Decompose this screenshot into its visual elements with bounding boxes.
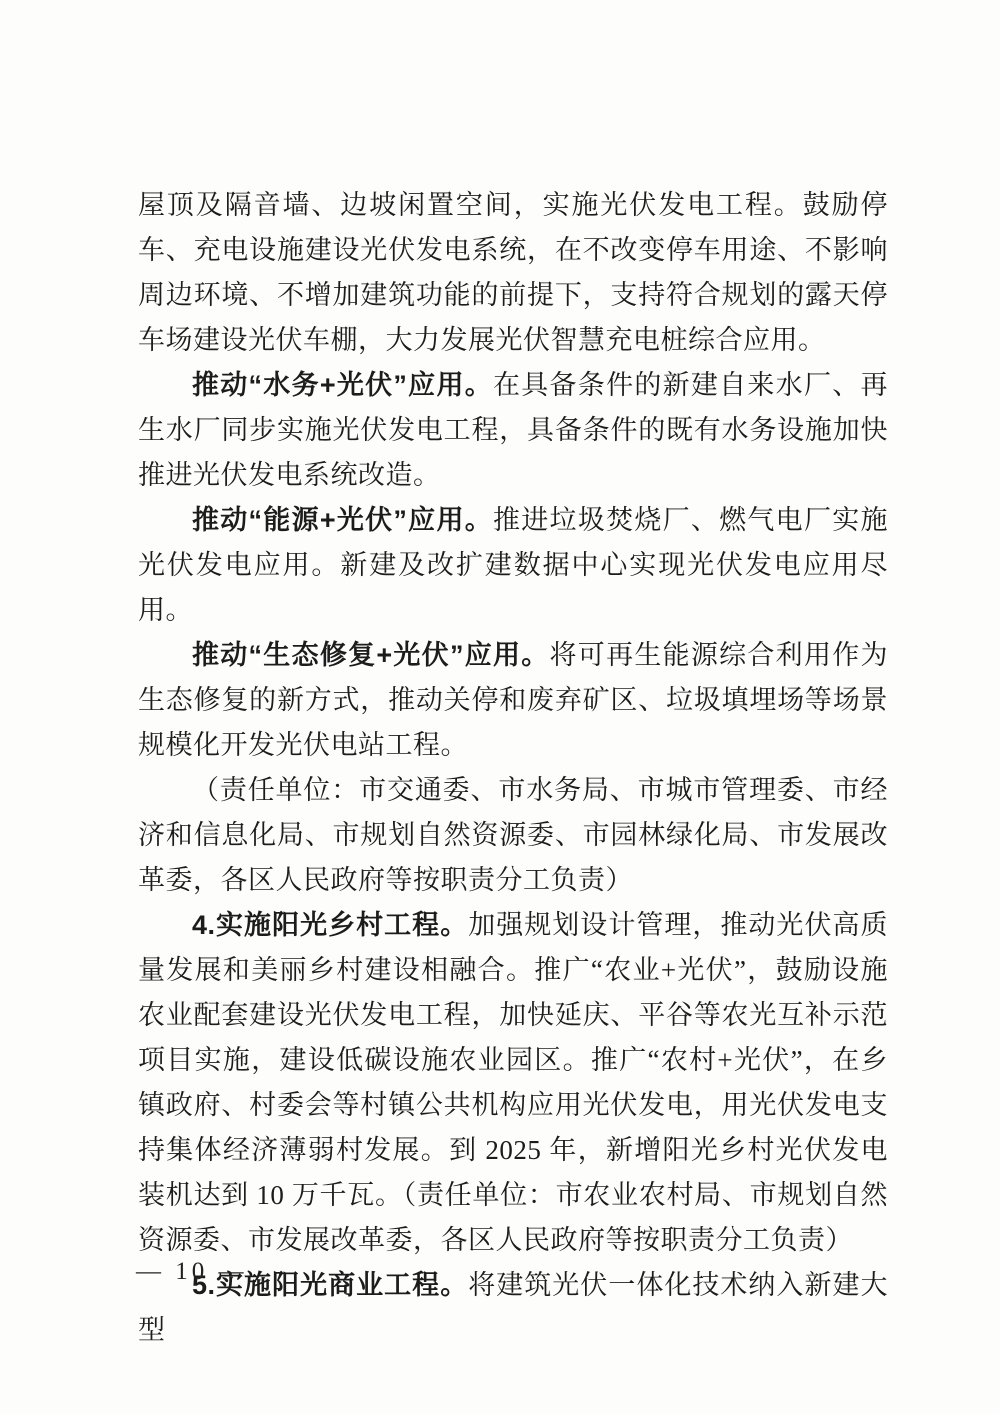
text-segment: （责任单位：市交通委、市水务局、市城市管理委、市经济和信息化局、市规划自然资源委…: [138, 775, 888, 895]
paragraph: 4.实施阳光乡村工程。加强规划设计管理，推动光伏高质量发展和美丽乡村建设相融合。…: [138, 903, 888, 1263]
paragraph: （责任单位：市交通委、市水务局、市城市管理委、市经济和信息化局、市规划自然资源委…: [138, 768, 888, 903]
paragraph: 推动“能源+光伏”应用。推进垃圾焚烧厂、燃气电厂实施光伏发电应用。新建及改扩建数…: [138, 498, 888, 633]
paragraph: 推动“生态修复+光伏”应用。将可再生能源综合利用作为生态修复的新方式，推动关停和…: [138, 633, 888, 768]
paragraph-lead-bold: 推动“生态修复+光伏”应用。: [192, 640, 550, 670]
text-segment: 加强规划设计管理，推动光伏高质量发展和美丽乡村建设相融合。推广“农业+光伏”，鼓…: [138, 910, 888, 1210]
paragraph: 屋顶及隔音墙、边坡闲置空间，实施光伏发电工程。鼓励停车、充电设施建设光伏发电系统…: [138, 183, 888, 363]
document-body: 屋顶及隔音墙、边坡闲置空间，实施光伏发电工程。鼓励停车、充电设施建设光伏发电系统…: [138, 183, 888, 1353]
text-segment: 屋顶及隔音墙、边坡闲置空间，实施光伏发电工程。鼓励停车、充电设施建设光伏发电系统…: [138, 190, 888, 355]
paragraph-lead-bold: 推动“水务+光伏”应用。: [192, 370, 493, 400]
page-number: — 10 —: [136, 1258, 248, 1286]
document-page: 屋顶及隔音墙、边坡闲置空间，实施光伏发电工程。鼓励停车、充电设施建设光伏发电系统…: [0, 0, 1000, 1414]
paragraph: 5.实施阳光商业工程。将建筑光伏一体化技术纳入新建大型: [138, 1263, 888, 1353]
paragraph-lead-bold: 4.实施阳光乡村工程。: [192, 910, 468, 940]
paragraph-lead-bold: 推动“能源+光伏”应用。: [192, 505, 493, 535]
paragraph: 推动“水务+光伏”应用。在具备条件的新建自来水厂、再生水厂同步实施光伏发电工程，…: [138, 363, 888, 498]
